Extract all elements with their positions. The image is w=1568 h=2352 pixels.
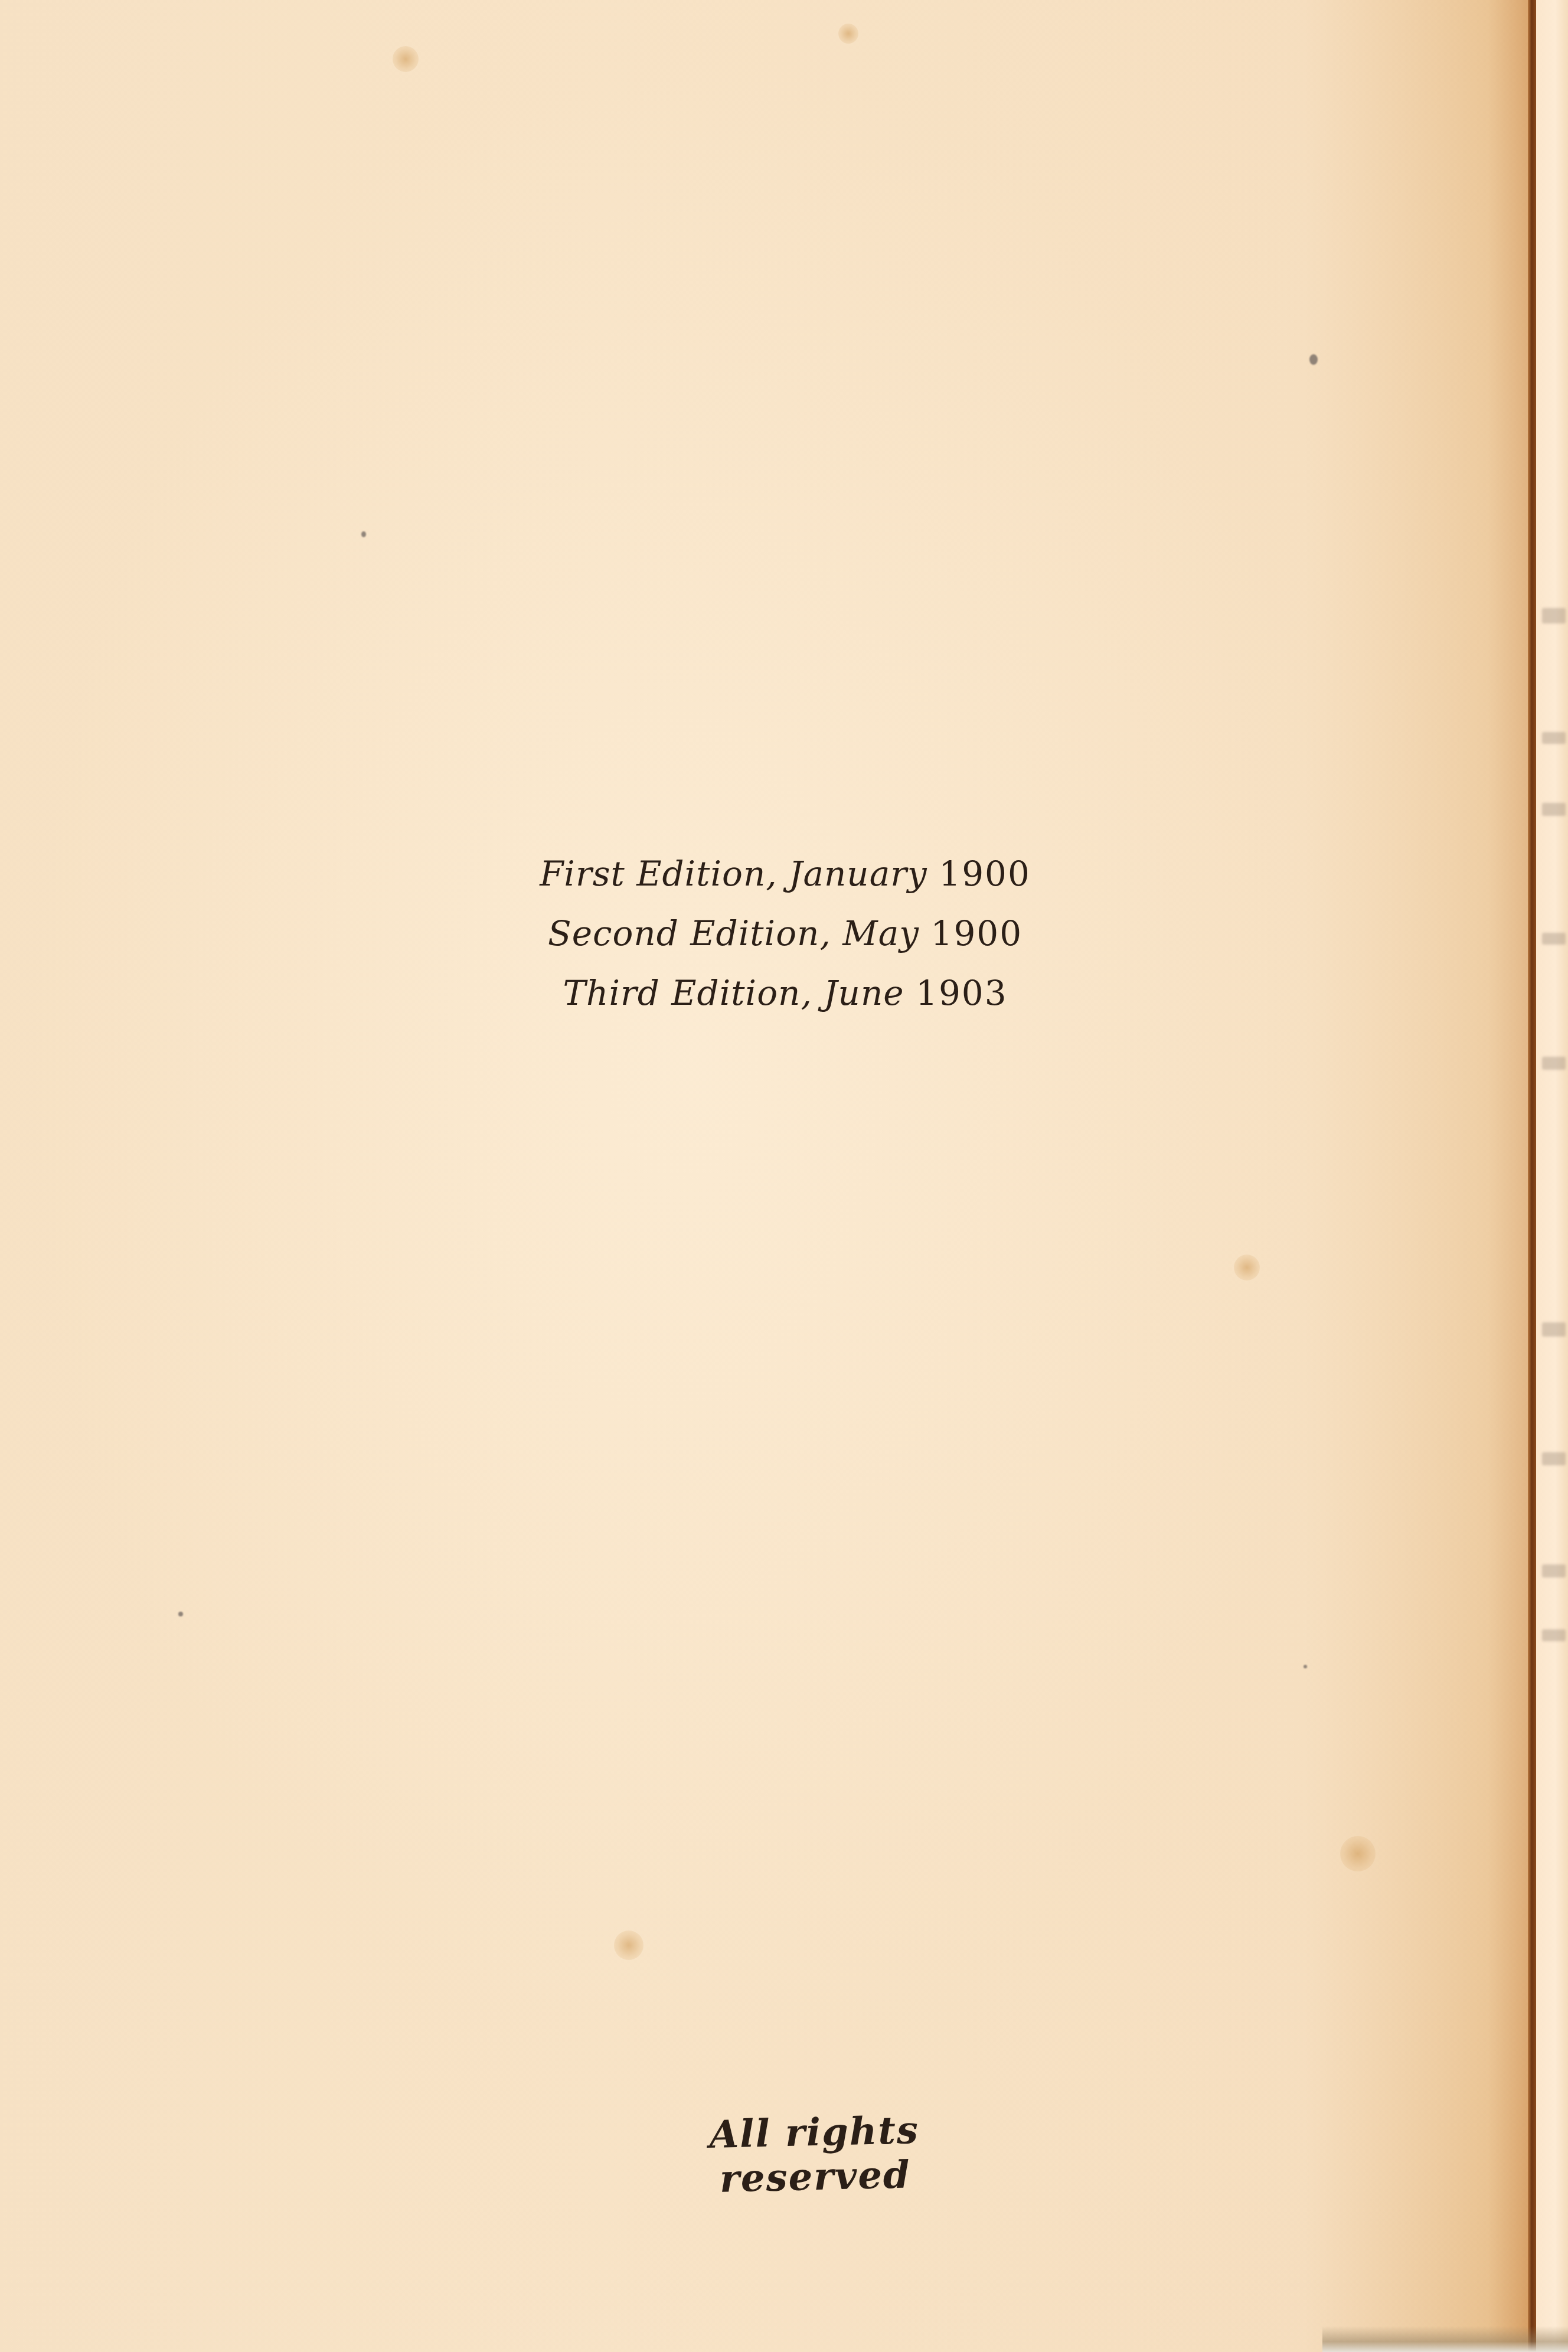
edition-line-first: First Edition, January 1900 (449, 844, 1122, 904)
edition-label: Third Edition, (563, 973, 812, 1013)
adjacent-page-text-fragment (1542, 1057, 1566, 1070)
edition-year: 1900 (930, 913, 1023, 953)
adjacent-page-text-fragment (1542, 1629, 1566, 1641)
adjacent-page-text-fragment (1542, 803, 1566, 816)
speck (1309, 354, 1318, 365)
adjacent-page-text-fragment (1542, 933, 1566, 945)
speck (1304, 1665, 1307, 1668)
foxing-spot (393, 46, 419, 72)
adjacent-page-text-fragment (1542, 608, 1566, 623)
edition-year: 1903 (916, 973, 1008, 1013)
book-page: First Edition, January 1900 Second Editi… (0, 0, 1534, 2352)
edition-month: January (789, 854, 927, 894)
edition-year: 1900 (939, 854, 1031, 894)
page-fore-edge (1528, 0, 1536, 2352)
rights-notice: All rights reserved (607, 2106, 1022, 2204)
adjacent-page-text-fragment (1542, 1452, 1566, 1465)
foxing-spot (614, 1930, 643, 1960)
adjacent-page (1536, 0, 1568, 2352)
foxing-spot (838, 24, 858, 44)
edition-label: Second Edition, (548, 913, 831, 953)
frayed-binding-edge (1322, 2326, 1568, 2352)
edition-line-second: Second Edition, May 1900 (449, 904, 1122, 963)
edition-line-third: Third Edition, June 1903 (449, 963, 1122, 1023)
speck (178, 1612, 183, 1616)
speck (361, 531, 366, 537)
foxing-spot (1234, 1255, 1260, 1280)
adjacent-page-text-fragment (1542, 732, 1566, 744)
edition-label: First Edition, (540, 854, 778, 894)
edition-month: June (824, 973, 904, 1013)
adjacent-page-text-fragment (1542, 1564, 1566, 1577)
edition-history: First Edition, January 1900 Second Editi… (449, 844, 1122, 1023)
adjacent-page-text-fragment (1542, 1322, 1566, 1337)
edition-month: May (842, 913, 919, 953)
foxing-spot (1340, 1836, 1376, 1871)
